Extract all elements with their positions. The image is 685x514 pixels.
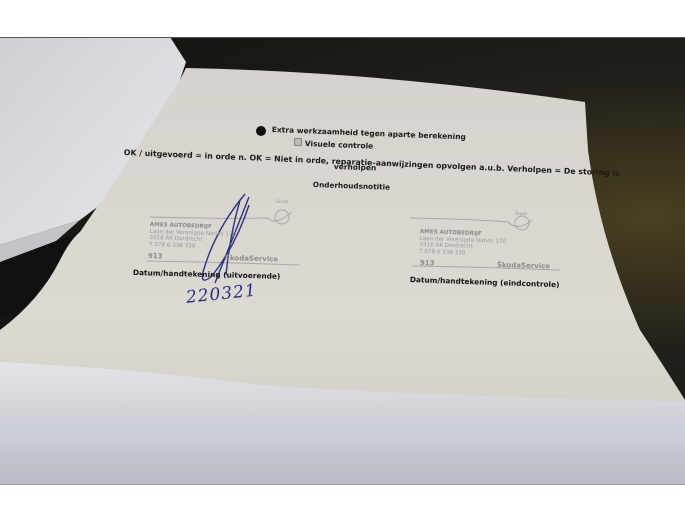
stamp-phone: T 078 6 338 338 <box>149 242 195 250</box>
bullet-icon <box>256 126 266 136</box>
dealer-stamp-left: AMES AUTOBEDRIJF Laan der Verenigde Nati… <box>149 222 236 251</box>
dealer-stamp-right: AMES AUTOBEDRIJF Laan der Verenigde Nati… <box>419 229 506 258</box>
photo-top-edge <box>0 37 685 38</box>
visual-check-icon <box>294 138 302 146</box>
photo-bottom-edge <box>0 484 685 485</box>
dealer-number: 913 <box>148 252 163 260</box>
brand-logo-right: Skoda <box>515 211 527 216</box>
legend-status-cont: verholpen <box>334 162 377 172</box>
stamp-phone: T 078 6 338 338 <box>419 249 465 257</box>
service-logo: ŠkodaService <box>225 254 278 263</box>
dealer-number: 913 <box>420 259 435 267</box>
scene-illustration <box>0 0 685 514</box>
brand-logo-left: Skoda <box>276 199 288 204</box>
service-logo: ŠkodaService <box>497 261 550 270</box>
